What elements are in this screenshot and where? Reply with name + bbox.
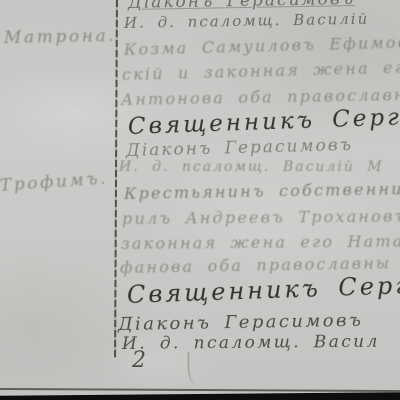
psalmist-signature-line: И. д. псаломщ. Василій М — [119, 160, 384, 174]
parents-record-line: скій и законная жена его — [122, 59, 400, 83]
pen-flourish-stroke — [188, 352, 199, 384]
column-divider-rule — [114, 0, 118, 358]
parents-record-line: Козма Самуиловъ Ефимовъ — [124, 34, 400, 58]
margin-name-entry: Матрона. — [4, 28, 117, 47]
margin-name-entry: Трофимъ. — [0, 170, 109, 195]
scanned-register-page: Матрона. Трофимъ. Діаконъ Герасимовъ И. … — [0, 0, 400, 400]
deacon-signature-line: Діаконъ Герасимовъ — [126, 137, 353, 160]
priest-signature: Священникъ Сергій — [128, 105, 400, 139]
psalmist-signature-line: И. д. псаломщ. Васил — [122, 334, 380, 353]
deacon-signature-line: Діаконъ Герасимовъ — [118, 312, 363, 334]
psalmist-signature-line: И. д. псаломщ. Василій — [124, 12, 370, 31]
parents-record-line: Антонова оба православны — [121, 87, 400, 108]
parents-record-line: рилъ Андреевъ Трохановъ — [122, 209, 400, 227]
record-number: 2 — [132, 350, 148, 372]
parents-record-line: законная жена его Ната — [121, 234, 400, 252]
parents-record-line: Крестьянинъ собственни — [124, 181, 400, 202]
scan-border-band — [0, 392, 400, 400]
page-edge-line — [0, 388, 400, 392]
